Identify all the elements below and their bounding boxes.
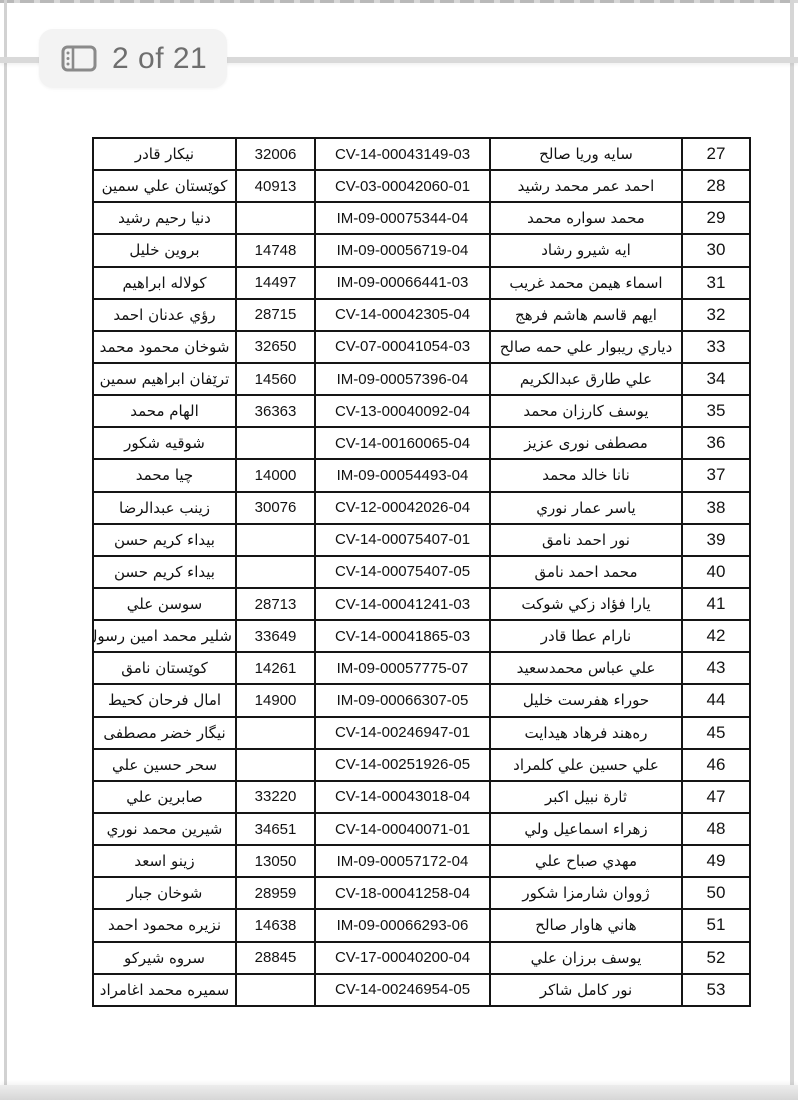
cell-name2: رؤي عدنان احمد: [93, 299, 236, 331]
table-row: 51هاني هاوار صالحIM-09-00066293-0614638ن…: [93, 909, 750, 941]
cell-code: CV-14-00246954-05: [315, 974, 490, 1006]
cell-name: مهدي صباح علي: [490, 845, 682, 877]
cell-no: 29: [682, 202, 750, 234]
table-row: 50ژووان شارمزا شكورCV-18-00041258-042895…: [93, 877, 750, 909]
cell-no: 50: [682, 877, 750, 909]
cell-name: ژووان شارمزا شكور: [490, 877, 682, 909]
cell-code: IM-09-00057775-07: [315, 652, 490, 684]
cell-name: علي حسين علي كلمراد: [490, 749, 682, 781]
table-row: 47ثارة نبيل اكبرCV-14-00043018-0433220صا…: [93, 781, 750, 813]
cell-code: CV-14-00041865-03: [315, 620, 490, 652]
cell-name2: صابرين علي: [93, 781, 236, 813]
table-row: 49مهدي صباح عليIM-09-00057172-0413050زين…: [93, 845, 750, 877]
cell-no: 47: [682, 781, 750, 813]
table-row: 42نارام عطا قادرCV-14-00041865-0333649شل…: [93, 620, 750, 652]
cell-code: CV-14-00043149-03: [315, 138, 490, 170]
cell-name2: الهام محمد: [93, 395, 236, 427]
cell-name2: سحر حسين علي: [93, 749, 236, 781]
table-row: 53نور كامل شاكرCV-14-00246954-05سميره مح…: [93, 974, 750, 1006]
cell-num: 28713: [236, 588, 315, 620]
cell-name: نانا خالد محمد: [490, 459, 682, 491]
cell-num: 40913: [236, 170, 315, 202]
cell-no: 30: [682, 234, 750, 266]
cell-num: 28845: [236, 942, 315, 974]
cell-no: 37: [682, 459, 750, 491]
cell-code: CV-17-00040200-04: [315, 942, 490, 974]
table-row: 28احمد عمر محمد رشيدCV-03-00042060-01409…: [93, 170, 750, 202]
cell-name: يوسف برزان علي: [490, 942, 682, 974]
photo-left-edge: [4, 0, 7, 1086]
cell-code: CV-14-00160065-04: [315, 427, 490, 459]
cell-name2: شلير محمد امين رسول: [93, 620, 236, 652]
cell-no: 44: [682, 684, 750, 716]
table-row: 29محمد سواره محمدIM-09-00075344-04دنيا ر…: [93, 202, 750, 234]
table-row: 39نور احمد نامقCV-14-00075407-01بيداء كر…: [93, 524, 750, 556]
cell-name: سايه وريا صالح: [490, 138, 682, 170]
cell-name2: كوێستان علي سمين: [93, 170, 236, 202]
cell-no: 45: [682, 717, 750, 749]
cell-no: 49: [682, 845, 750, 877]
table-row: 44حوراء هفرست خليلIM-09-00066307-0514900…: [93, 684, 750, 716]
cell-name2: كولاله ابراهيم: [93, 267, 236, 299]
cell-num: 32650: [236, 331, 315, 363]
cell-code: CV-18-00041258-04: [315, 877, 490, 909]
cell-name: علي طارق عبدالكريم: [490, 363, 682, 395]
cell-name2: امال فرحان كحيط: [93, 684, 236, 716]
cell-name2: نيگار خضر مصطفى: [93, 717, 236, 749]
cell-name2: شيرين محمد نوري: [93, 813, 236, 845]
cell-name: يارا فؤاد زكي شوكت: [490, 588, 682, 620]
cell-no: 48: [682, 813, 750, 845]
table-row: 45ره‌هند فرهاد هيدايتCV-14-00246947-01ني…: [93, 717, 750, 749]
cell-no: 31: [682, 267, 750, 299]
table-row: 35يوسف كارزان محمدCV-13-00040092-0436363…: [93, 395, 750, 427]
cell-num: 14900: [236, 684, 315, 716]
cell-name2: ترێفان ابراهيم سمين: [93, 363, 236, 395]
cell-code: CV-12-00042026-04: [315, 492, 490, 524]
cell-num: 28715: [236, 299, 315, 331]
cell-name2: كوێستان نامق: [93, 652, 236, 684]
cell-name2: نزيره محمود احمد: [93, 909, 236, 941]
cell-code: CV-13-00040092-04: [315, 395, 490, 427]
table-row: 32ايهم قاسم هاشم فرهجCV-14-00042305-0428…: [93, 299, 750, 331]
cell-name: محمد سواره محمد: [490, 202, 682, 234]
cell-code: IM-09-00075344-04: [315, 202, 490, 234]
cell-code: CV-14-00041241-03: [315, 588, 490, 620]
cell-num: 13050: [236, 845, 315, 877]
cell-code: IM-09-00066307-05: [315, 684, 490, 716]
table-row: 37نانا خالد محمدIM-09-00054493-0414000چي…: [93, 459, 750, 491]
cell-no: 36: [682, 427, 750, 459]
cell-name: محمد احمد نامق: [490, 556, 682, 588]
cell-no: 40: [682, 556, 750, 588]
table-row: 38ياسر عمار نوريCV-12-00042026-0430076زي…: [93, 492, 750, 524]
cell-num: 33220: [236, 781, 315, 813]
cell-name: حوراء هفرست خليل: [490, 684, 682, 716]
table-row: 43علي عباس محمدسعيدIM-09-00057775-071426…: [93, 652, 750, 684]
cell-name: ياسر عمار نوري: [490, 492, 682, 524]
cell-num: [236, 427, 315, 459]
cell-code: CV-14-00075407-01: [315, 524, 490, 556]
cell-code: IM-09-00066441-03: [315, 267, 490, 299]
cell-code: CV-14-00251926-05: [315, 749, 490, 781]
cell-name: ره‌هند فرهاد هيدايت: [490, 717, 682, 749]
table-row: 36مصطفى نورى عزيزCV-14-00160065-04شوقيه …: [93, 427, 750, 459]
table-row: 31اسماء هيمن محمد غريبIM-09-00066441-031…: [93, 267, 750, 299]
photo-top-edge: [0, 0, 798, 3]
cell-num: 14748: [236, 234, 315, 266]
cell-num: 34651: [236, 813, 315, 845]
page-indicator-label: 2 of 21: [112, 42, 207, 76]
table-row: 27سايه وريا صالحCV-14-00043149-0332006ني…: [93, 138, 750, 170]
cell-name2: نيكار قادر: [93, 138, 236, 170]
table-row: 46علي حسين علي كلمرادCV-14-00251926-05سح…: [93, 749, 750, 781]
photo-right-edge: [790, 0, 794, 1086]
cell-code: CV-14-00040071-01: [315, 813, 490, 845]
cell-num: 33649: [236, 620, 315, 652]
cell-name: نارام عطا قادر: [490, 620, 682, 652]
cell-num: 14497: [236, 267, 315, 299]
cell-name2: زينب عبدالرضا: [93, 492, 236, 524]
cell-no: 43: [682, 652, 750, 684]
cell-name: ايهم قاسم هاشم فرهج: [490, 299, 682, 331]
cell-no: 42: [682, 620, 750, 652]
cell-code: CV-14-00042305-04: [315, 299, 490, 331]
cell-no: 27: [682, 138, 750, 170]
cell-code: CV-14-00075407-05: [315, 556, 490, 588]
cell-name: ايه شيرو رشاد: [490, 234, 682, 266]
cell-name: يوسف كارزان محمد: [490, 395, 682, 427]
cell-num: 30076: [236, 492, 315, 524]
cell-name: علي عباس محمدسعيد: [490, 652, 682, 684]
cell-no: 41: [682, 588, 750, 620]
cell-name: احمد عمر محمد رشيد: [490, 170, 682, 202]
cell-code: CV-03-00042060-01: [315, 170, 490, 202]
cell-code: IM-09-00056719-04: [315, 234, 490, 266]
cell-num: [236, 202, 315, 234]
cell-name2: چيا محمد: [93, 459, 236, 491]
cell-name: ثارة نبيل اكبر: [490, 781, 682, 813]
cell-code: IM-09-00066293-06: [315, 909, 490, 941]
cell-name2: شوخان محمود محمد: [93, 331, 236, 363]
cell-code: IM-09-00054493-04: [315, 459, 490, 491]
cell-name: اسماء هيمن محمد غريب: [490, 267, 682, 299]
cell-name: زهراء اسماعيل ولي: [490, 813, 682, 845]
cell-code: IM-09-00057396-04: [315, 363, 490, 395]
cell-num: 32006: [236, 138, 315, 170]
page-indicator-badge[interactable]: 2 of 21: [39, 29, 227, 88]
cell-num: [236, 749, 315, 781]
table-row: 48زهراء اسماعيل وليCV-14-00040071-013465…: [93, 813, 750, 845]
cell-name2: سوسن علي: [93, 588, 236, 620]
cell-no: 38: [682, 492, 750, 524]
cell-name2: شوقيه شكور: [93, 427, 236, 459]
cell-name2: سروه شيركو: [93, 942, 236, 974]
cell-num: [236, 524, 315, 556]
table-row: 33دياري ريبوار علي حمه صالحCV-07-0004105…: [93, 331, 750, 363]
cell-num: 14261: [236, 652, 315, 684]
cell-name: نور احمد نامق: [490, 524, 682, 556]
cell-no: 46: [682, 749, 750, 781]
cell-num: 14638: [236, 909, 315, 941]
roster-table-body: 27سايه وريا صالحCV-14-00043149-0332006ني…: [93, 138, 750, 1006]
cell-no: 52: [682, 942, 750, 974]
cell-name2: سميره محمد اغامراد: [93, 974, 236, 1006]
roster-table: 27سايه وريا صالحCV-14-00043149-0332006ني…: [92, 137, 751, 1007]
cell-num: 14560: [236, 363, 315, 395]
cell-num: [236, 974, 315, 1006]
cell-name2: بروين خليل: [93, 234, 236, 266]
cell-name2: زينو اسعد: [93, 845, 236, 877]
cell-no: 32: [682, 299, 750, 331]
cell-code: IM-09-00057172-04: [315, 845, 490, 877]
cell-no: 35: [682, 395, 750, 427]
cell-num: [236, 717, 315, 749]
cell-name2: بيداء كريم حسن: [93, 524, 236, 556]
cell-no: 53: [682, 974, 750, 1006]
cell-name2: شوخان جبار: [93, 877, 236, 909]
cell-num: 14000: [236, 459, 315, 491]
cell-name2: دنيا رحيم رشيد: [93, 202, 236, 234]
cell-code: CV-07-00041054-03: [315, 331, 490, 363]
table-row: 52يوسف برزان عليCV-17-00040200-0428845سر…: [93, 942, 750, 974]
cell-num: [236, 556, 315, 588]
cell-no: 33: [682, 331, 750, 363]
cell-code: CV-14-00246947-01: [315, 717, 490, 749]
cell-name: مصطفى نورى عزيز: [490, 427, 682, 459]
table-row: 40محمد احمد نامقCV-14-00075407-05بيداء ك…: [93, 556, 750, 588]
cell-no: 39: [682, 524, 750, 556]
cell-no: 51: [682, 909, 750, 941]
table-row: 34علي طارق عبدالكريمIM-09-00057396-04145…: [93, 363, 750, 395]
cell-no: 28: [682, 170, 750, 202]
cell-num: 36363: [236, 395, 315, 427]
table-row: 41يارا فؤاد زكي شوكتCV-14-00041241-03287…: [93, 588, 750, 620]
table-row: 30ايه شيرو رشادIM-09-00056719-0414748برو…: [93, 234, 750, 266]
cell-name: هاني هاوار صالح: [490, 909, 682, 941]
cell-no: 34: [682, 363, 750, 395]
cell-code: CV-14-00043018-04: [315, 781, 490, 813]
cell-num: 28959: [236, 877, 315, 909]
cell-name: دياري ريبوار علي حمه صالح: [490, 331, 682, 363]
viewer-bottom-strip: [0, 1085, 798, 1100]
cell-name2: بيداء كريم حسن: [93, 556, 236, 588]
cell-name: نور كامل شاكر: [490, 974, 682, 1006]
pages-panel-icon: [61, 45, 97, 72]
pdf-viewer-page: { "viewer": { "page_indicator": "2 of 21…: [0, 0, 798, 1100]
